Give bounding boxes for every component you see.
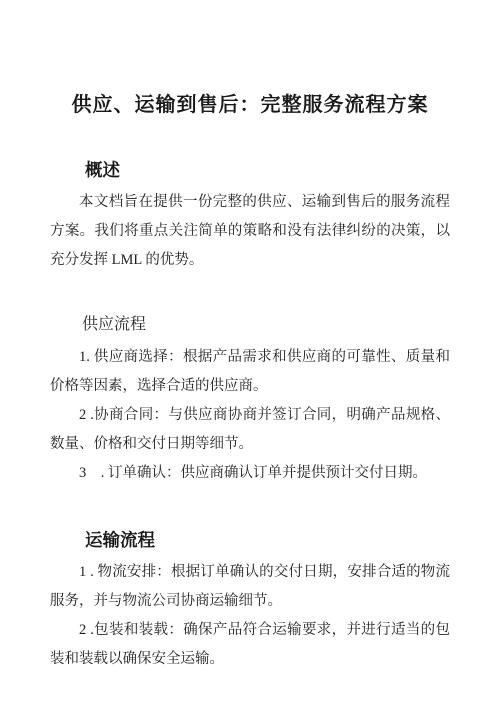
supply-process-item-2: 2 .协商合同：与供应商协商并签订合同，明确产品规格、数量、价格和交付日期等细节… (50, 401, 450, 459)
section-overview: 概述 本文档旨在提供一份完整的供应、运输到售后的服务流程方案。我们将重点关注简单… (50, 158, 450, 275)
supply-process-item-1: 1. 供应商选择：根据产品需求和供应商的可靠性、质量和价格等因素，选择合适的供应… (50, 343, 450, 401)
transport-process-heading: 运输流程 (50, 528, 450, 552)
document-content: 供应、运输到售后：完整服务流程方案 概述 本文档旨在提供一份完整的供应、运输到售… (0, 0, 500, 674)
supply-process-item-3: 3 . 订单确认：供应商确认订单并提供预计交付日期。 (50, 459, 450, 488)
overview-paragraph: 本文档旨在提供一份完整的供应、运输到售后的服务流程方案。我们将重点关注简单的策略… (50, 188, 450, 275)
transport-process-item-1: 1 . 物流安排：根据订单确认的交付日期，安排合适的物流服务，并与物流公司协商运… (50, 558, 450, 616)
section-supply-process: 供应流程 1. 供应商选择：根据产品需求和供应商的可靠性、质量和价格等因素，选择… (50, 313, 450, 488)
overview-heading: 概述 (50, 158, 450, 182)
section-transport-process: 运输流程 1 . 物流安排：根据订单确认的交付日期，安排合适的物流服务，并与物流… (50, 528, 450, 674)
supply-process-heading: 供应流程 (50, 313, 450, 337)
transport-process-item-2: 2 .包装和装载：确保产品符合运输要求，并进行适当的包装和装载以确保安全运输。 (50, 616, 450, 674)
document-title: 供应、运输到售后：完整服务流程方案 (50, 92, 450, 118)
document-page: 供应、运输到售后：完整服务流程方案 概述 本文档旨在提供一份完整的供应、运输到售… (0, 0, 500, 707)
